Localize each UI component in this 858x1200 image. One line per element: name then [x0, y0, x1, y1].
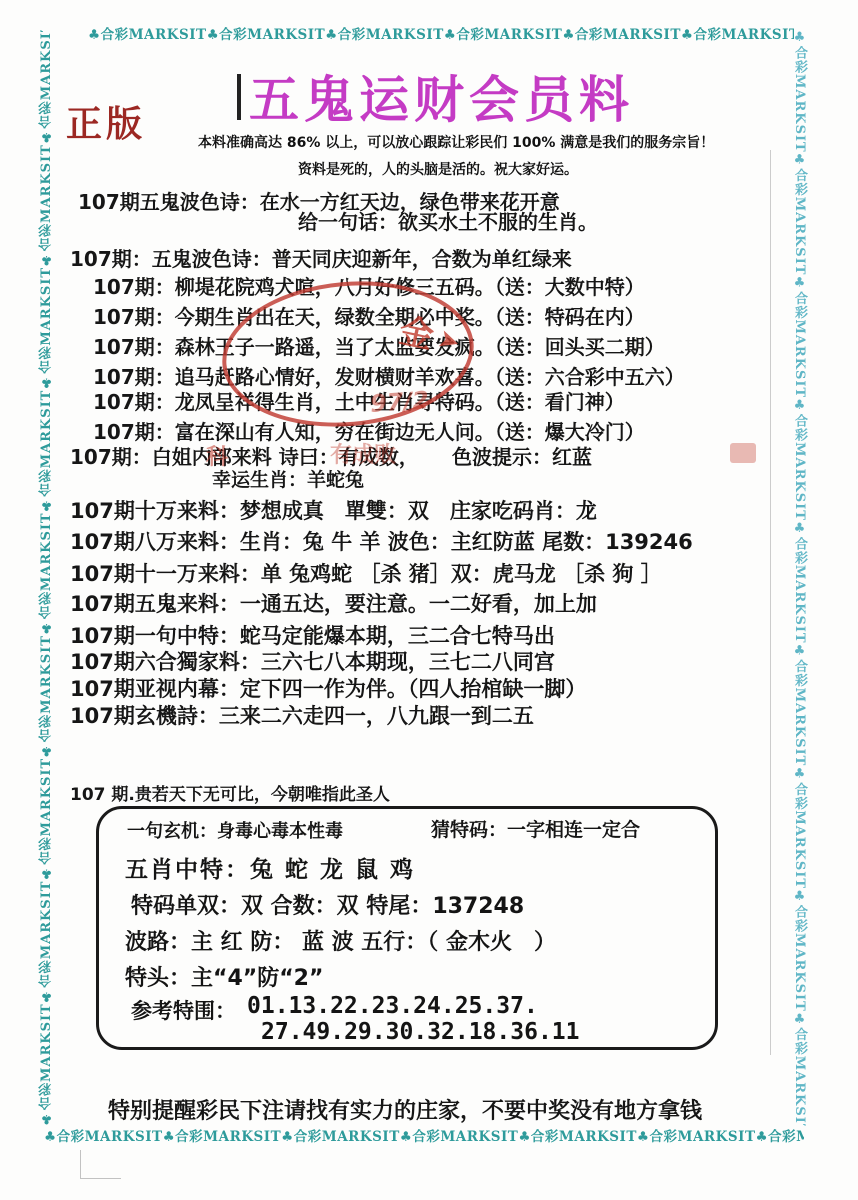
lottery-sheet: ♣合彩MARKSIT♣合彩MARKSIT♣合彩MARKSIT♣合彩MARKSIT…: [0, 0, 858, 1200]
stamp-ghost-char: 科: [206, 440, 228, 471]
verse-line: 107 期.贵若天下无可比，今朝唯指此圣人: [70, 780, 390, 805]
edition-label: 正版: [66, 96, 146, 147]
material-line: 107期八万来料：生肖：兔 牛 羊 波色：主红防蓝 尾数：139246: [70, 526, 693, 556]
material-line: 107期十万来料：梦想成真 單雙：双 庄家吃码肖：龙: [70, 495, 597, 525]
box-xuanji-line: 一句玄机：身毒心毒本性毒: [127, 817, 343, 843]
footer-reminder: 特别提醒彩民下注请找有实力的庄家，不要中奖没有地方拿钱: [108, 1094, 702, 1125]
box-guess-line: 猜特码：一字相连一定合: [431, 815, 640, 842]
scan-artifact-corner: [80, 1150, 121, 1179]
border-top-marksit: ♣合彩MARKSIT♣合彩MARKSIT♣合彩MARKSIT♣合彩MARKSIT…: [88, 24, 794, 46]
box-danshuang-line: 特码单双：双 合数：双 特尾：137248: [131, 889, 524, 920]
lucky-zodiac-line: 幸运生肖：羊蛇兔: [212, 465, 364, 492]
prediction-box: 一句玄机：身毒心毒本性毒 猜特码：一字相连一定合 五肖中特：兔 蛇 龙 鼠 鸡 …: [96, 806, 718, 1050]
border-bottom-marksit: ♣合彩MARKSIT♣合彩MARKSIT♣合彩MARKSIT♣合彩MARKSIT…: [44, 1126, 804, 1148]
page-title: 五鬼运财会员料: [249, 60, 634, 132]
border-left-marksit: ♣合彩MARKSIT♣合彩MARKSIT♣合彩MARKSIT♣合彩MARKSIT…: [36, 30, 58, 1126]
material-line: 107期十一万来料：单 兔鸡蛇 ［杀 猪］双：虎马龙 ［杀 狗 ］: [70, 558, 662, 588]
title-bar-mark: [237, 74, 241, 120]
box-ref-numbers-1: 01.13.22.23.24.25.37.: [247, 993, 538, 1019]
material-line: 107期六合獨家料：三六七八本期现，三七二八同宫: [70, 646, 555, 676]
scan-artifact-line: [770, 150, 771, 1055]
material-line: 107期亚视内幕：定下四一作为伴。（四人抬棺缺一脚）: [70, 673, 586, 703]
stamp-note: 97/2: [369, 386, 430, 418]
material-line: 107期五鬼来料：一通五达，要注意。一二好看，加上加: [70, 588, 597, 618]
box-wuxiao-line: 五肖中特：兔 蛇 龙 鼠 鸡: [125, 851, 415, 884]
stamp-smudge: [730, 443, 756, 463]
box-bolu-line: 波路：主 红 防： 蓝 波 五行：（ 金木火 ）: [125, 925, 556, 956]
material-line: 107期玄機詩：三来二六走四一，八九跟一到二五: [70, 700, 534, 730]
box-ref-numbers-2: 27.49.29.30.32.18.36.11: [261, 1019, 580, 1045]
border-right-marksit: ♣合彩MARKSIT♣合彩MARKSIT♣合彩MARKSIT♣合彩MARKSIT…: [788, 30, 810, 1126]
box-ref-label: 参考特围：: [131, 995, 236, 1025]
goodluck-subtitle: 资料是死的，人的头脑是活的。祝大家好运。: [298, 159, 578, 179]
accuracy-subtitle: 本料准确高达 86% 以上，可以放心跟踪让彩民们 100% 满意是我们的服务宗旨…: [198, 132, 714, 152]
box-tetou-line: 特头：主“4”防“2”: [125, 961, 323, 992]
stamp-ghost-text: 有成败: [330, 438, 396, 469]
intro-poem-line2: 给一句话：欲买水土不服的生肖。: [298, 206, 598, 235]
